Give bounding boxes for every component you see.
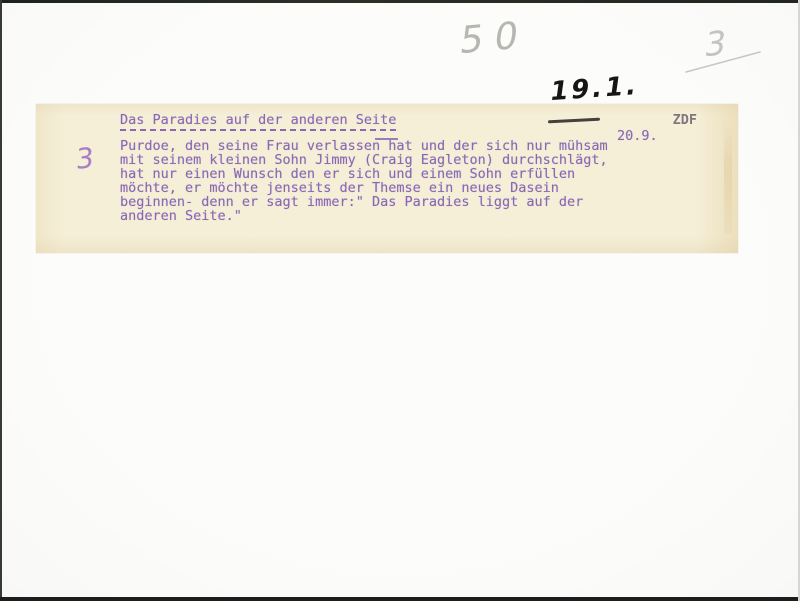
caption-line: hat nur einen Wunsch den er sich und ein… (120, 167, 608, 181)
caption-body: Purdoe, den seine Frau verlassen hat und… (120, 139, 608, 223)
handwritten-pencil-number-top: 50 (457, 13, 531, 63)
scan-edge-top (0, 0, 800, 3)
handwritten-purple-number: 3 (75, 141, 95, 176)
scan-edge-left (0, 0, 2, 601)
caption-label-strip: 3 Das Paradies auf der anderen Seite 20.… (36, 104, 738, 253)
station-name: ZDF (673, 112, 697, 128)
struck-date-text: 20.9. (617, 128, 658, 144)
caption-line: mit seinem kleinen Sohn Jimmy (Craig Eag… (120, 153, 608, 167)
strike-mark (548, 118, 600, 124)
handwritten-ink-date: 19.1. (548, 71, 641, 108)
caption-line: möchte, er möchte jenseits der Themse ei… (120, 181, 608, 195)
caption-line: beginnen- denn er sagt immer:" Das Parad… (120, 195, 608, 209)
scan-edge-bottom (0, 597, 800, 601)
photo-back: 50 3 19.1. 3 Das Paradies auf der andere… (0, 0, 800, 601)
caption-title: Das Paradies auf der anderen Seite (120, 112, 396, 131)
caption-line: Purdoe, den seine Frau verlassen hat und… (120, 139, 608, 153)
pencil-underline-stroke (684, 48, 764, 76)
caption-line: anderen Seite." (120, 209, 608, 223)
